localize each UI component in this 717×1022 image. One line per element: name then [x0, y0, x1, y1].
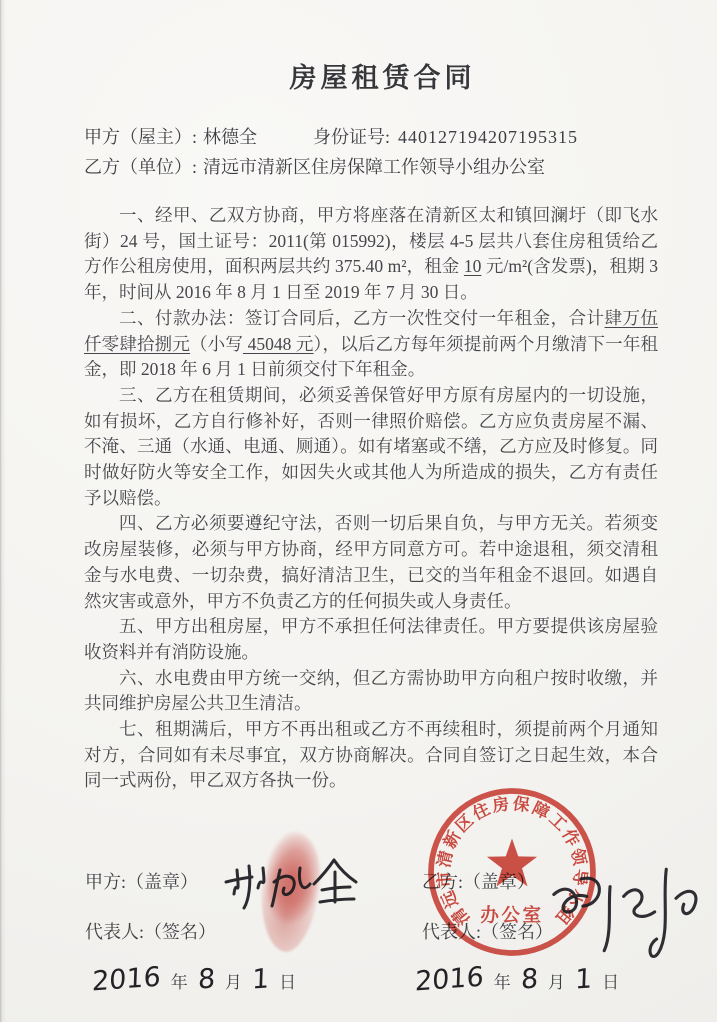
party-a-label: 甲方（屋主）:: [84, 127, 197, 147]
clause-text: 三、乙方在租赁期间，必须妥善保管好甲方原有房屋内的一切设施，如有损坏，乙方自行修…: [84, 385, 658, 508]
id-number-value: 440127194207195315: [398, 127, 578, 147]
party-b-label: 乙方（单位）:: [84, 157, 197, 177]
clause: 三、乙方在租赁期间，必须妥善保管好甲方原有房屋内的一切设施，如有损坏，乙方自行修…: [84, 383, 658, 512]
clause: 五、甲方出租房屋，甲方不承担任何法律责任。甲方要提供该房屋验收资料并有消防设施。: [84, 614, 658, 665]
party-a-date-day: 1: [251, 963, 269, 995]
clauses: 一、经甲、乙双方协商，甲方将座落在清新区太和镇回澜圩（即飞水街）24 号，国土证…: [84, 203, 658, 794]
party-b-date-month: 8: [520, 963, 538, 995]
day-label: 日: [279, 968, 296, 993]
clause: 六、水电费由甲方统一交纳，但乙方需协助甲方向租户按时收缴，并共同维护房屋公共卫生…: [84, 666, 658, 717]
clause: 四、乙方必须要遵纪守法，否则一切后果自负，与甲方无关。若须变改房屋装修，必须与甲…: [84, 511, 658, 614]
clause-text: 六、水电费由甲方统一交纳，但乙方需协助甲方向租户按时收缴，并共同维护房屋公共卫生…: [84, 668, 658, 714]
clause-text: 五、甲方出租房屋，甲方不承担任何法律责任。甲方要提供该房屋验收资料并有消防设施。: [84, 616, 658, 662]
document-title: 房屋租赁合同: [0, 0, 717, 95]
clause-text: （小写: [190, 334, 243, 354]
party-a-rep-label: 代表人:（签名）: [85, 918, 216, 944]
party-a-seal-label: 甲方:（盖章）: [85, 868, 198, 894]
party-a-name: 林德全: [203, 127, 257, 147]
party-a-date-year: 2016: [92, 962, 162, 998]
party-b-date: 2016 年 8 月 1 日: [415, 964, 619, 995]
party-b-name: 清远市清新区住房保障工作领导小组办公室: [203, 157, 545, 177]
underlined-value: 10: [464, 256, 482, 276]
party-b-date-year: 2016: [415, 962, 485, 998]
day-label: 日: [602, 968, 619, 993]
month-label: 月: [225, 968, 242, 993]
clause: 一、经甲、乙双方协商，甲方将座落在清新区太和镇回澜圩（即飞水街）24 号，国土证…: [84, 203, 658, 306]
clause-text: 二、付款办法：签订合同后，乙方一次性交付一年租金，合计: [119, 308, 605, 328]
clause-text: 四、乙方必须要遵纪守法，否则一切后果自负，与甲方无关。若须变改房屋装修，必须与甲…: [84, 513, 658, 610]
underlined-value: 45048 元: [243, 334, 314, 354]
party-b-signature-handwriting: [548, 856, 708, 961]
year-label: 年: [494, 968, 511, 993]
party-b-date-day: 1: [574, 963, 592, 995]
party-a-signature-handwriting: [222, 842, 372, 927]
party-a-date-month: 8: [197, 963, 215, 995]
scanned-contract-page: 房屋租赁合同 甲方（屋主）:林德全身份证号:440127194207195315…: [0, 0, 717, 1022]
star-icon: [487, 839, 537, 887]
party-a-date: 2016 年 8 月 1 日: [92, 964, 296, 995]
id-number-label: 身份证号:: [313, 127, 390, 147]
scan-edge-artifact: [0, 0, 6, 1022]
party-a-line: 甲方（屋主）:林德全身份证号:440127194207195315: [84, 122, 659, 152]
parties-header: 甲方（屋主）:林德全身份证号:440127194207195315 乙方（单位）…: [84, 122, 659, 182]
seal-center-text: 办公室: [480, 904, 543, 925]
year-label: 年: [171, 968, 188, 993]
clause: 二、付款办法：签订合同后，乙方一次性交付一年租金，合计肆万伍仟零肆拾捌元（小写 …: [84, 306, 658, 383]
clause-text: 七、租期满后，甲方不再出租或乙方不再续租时，须提前两个月通知对方，合同如有未尽事…: [84, 719, 658, 790]
party-b-line: 乙方（单位）:清远市清新区住房保障工作领导小组办公室: [84, 152, 659, 182]
clause: 七、租期满后，甲方不再出租或乙方不再续租时，须提前两个月通知对方，合同如有未尽事…: [84, 717, 658, 794]
month-label: 月: [548, 968, 565, 993]
